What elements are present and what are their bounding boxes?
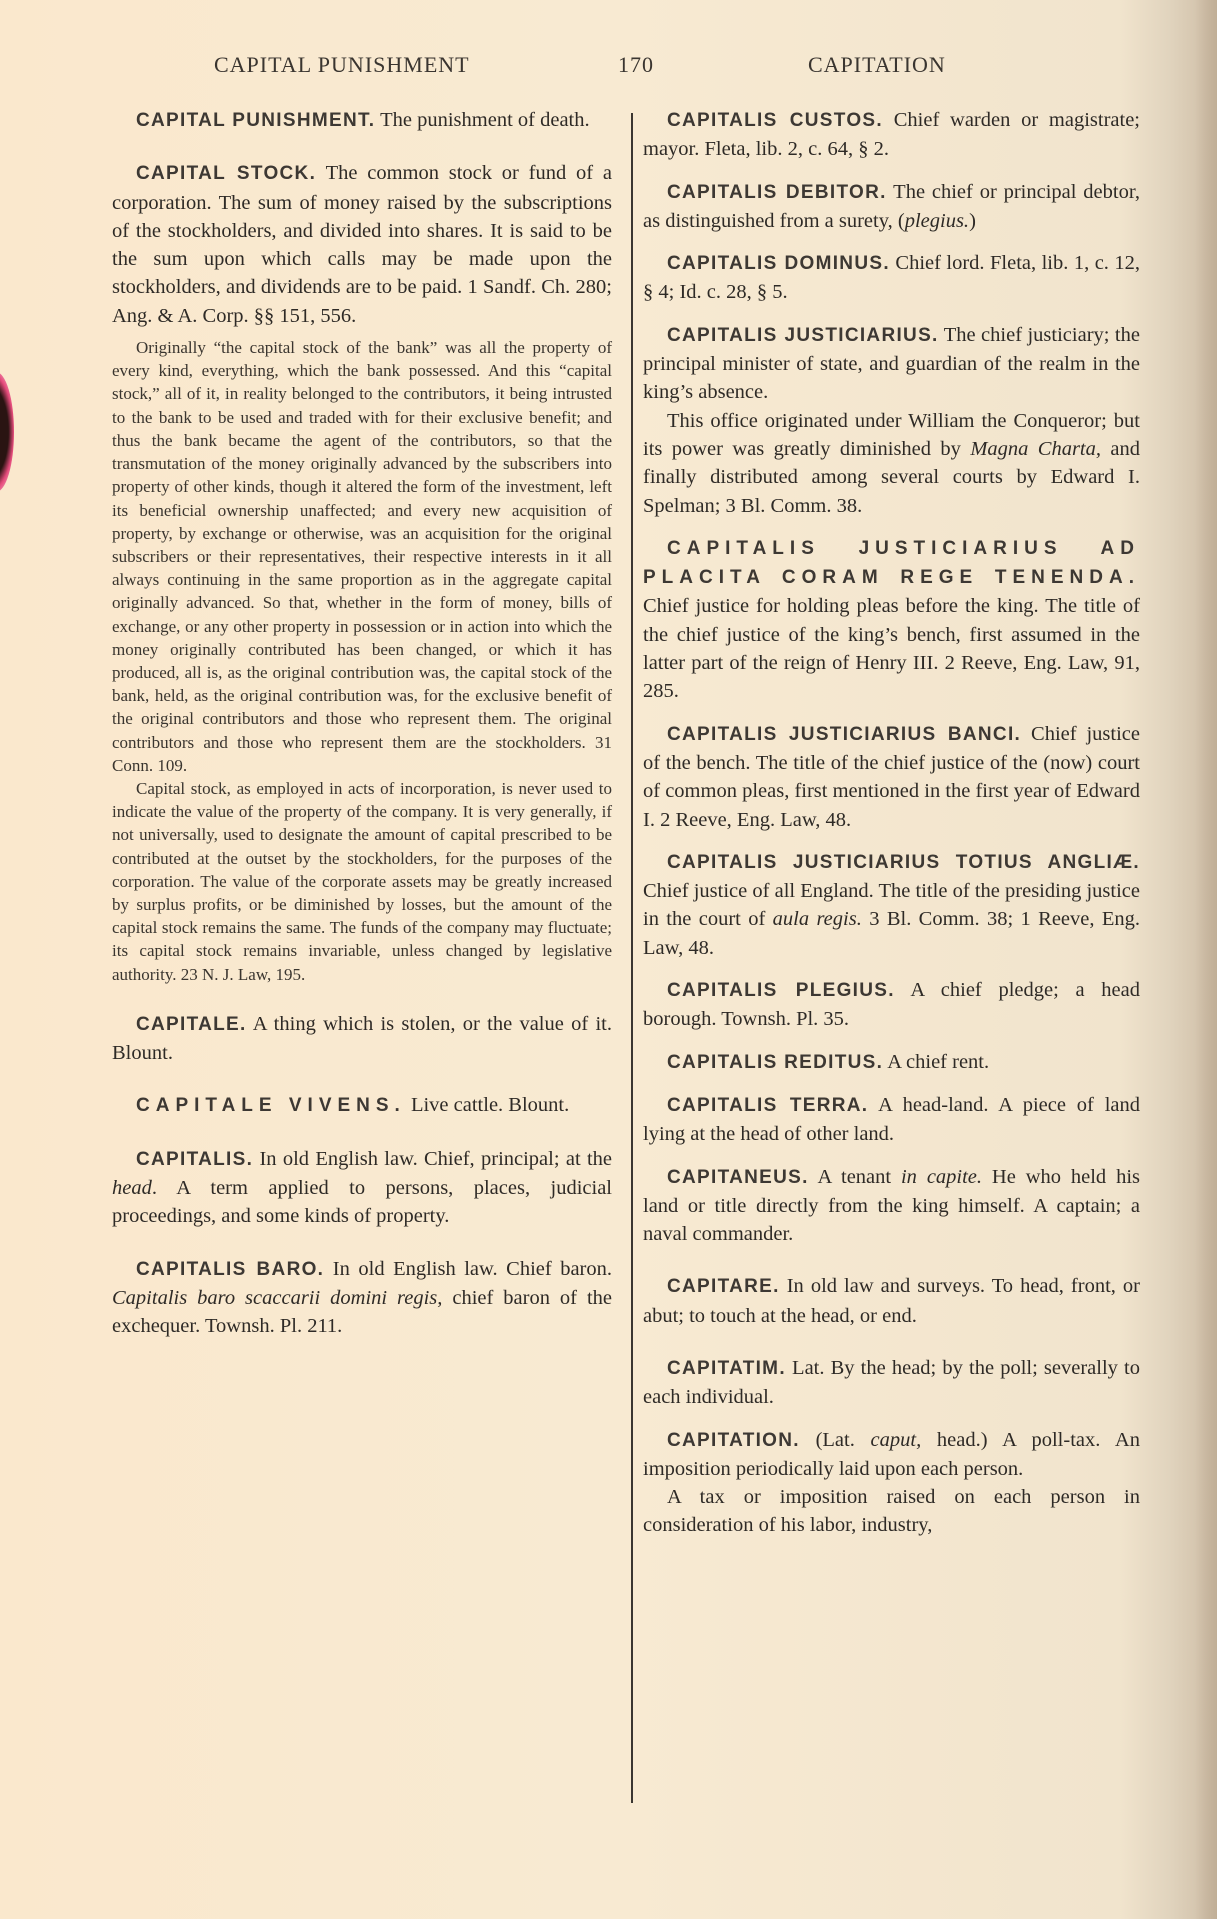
entry-capitare: CAPITARE. In old law and surveys. To hea… bbox=[643, 1272, 1140, 1330]
entry-capital-punishment: CAPITAL PUNISHMENT. The punishment of de… bbox=[112, 106, 612, 135]
running-head-right: CAPITATION bbox=[808, 52, 946, 78]
entry-note: Capital stock, as employed in acts of in… bbox=[112, 777, 612, 986]
page-gutter-shadow bbox=[1195, 0, 1217, 1919]
entry-term: CAPITATIM. bbox=[667, 1358, 786, 1379]
column-divider bbox=[631, 113, 633, 1803]
entry-italic: head bbox=[112, 1177, 152, 1199]
entry-note: A tax or imposition raised on each perso… bbox=[643, 1483, 1140, 1540]
entry-note: Originally “the capital stock of the ban… bbox=[112, 336, 612, 777]
entry-definition: A tenant bbox=[817, 1166, 901, 1188]
entry-term: CAPITALIS JUSTICIARIUS BANCI. bbox=[667, 724, 1021, 745]
entry-definition: In old English law. Chief baron. bbox=[333, 1258, 612, 1280]
right-column: CAPITALIS CUSTOS. Chief warden or magist… bbox=[643, 106, 1140, 1540]
entry-term: CAPITALIS JUSTICIARIUS. bbox=[667, 325, 939, 346]
entry-term: CAPITALIS DOMINUS. bbox=[667, 253, 890, 274]
entry-term: CAPITANEUS. bbox=[667, 1167, 809, 1188]
entry-term: CAPITALIS JUSTICIARIUS TOTIUS ANGLIÆ. bbox=[667, 852, 1140, 873]
entry-capitalis-debitor: CAPITALIS DEBITOR. The chief or principa… bbox=[643, 178, 1140, 236]
entry-capitalis-plegius: CAPITALIS PLEGIUS. A chief pledge; a hea… bbox=[643, 976, 1140, 1034]
entry-capitalis-custos: CAPITALIS CUSTOS. Chief warden or magist… bbox=[643, 106, 1140, 164]
entry-capitale-vivens: CAPITALE VIVENS. Live cattle. Blount. bbox=[112, 1091, 612, 1120]
entry-term: CAPITALIS DEBITOR. bbox=[667, 182, 887, 203]
entry-term: CAPITAL PUNISHMENT. bbox=[136, 110, 375, 131]
entry-capitaneus: CAPITANEUS. A tenant in capite. He who h… bbox=[643, 1163, 1140, 1249]
entry-capitale: CAPITALE. A thing which is stolen, or th… bbox=[112, 1010, 612, 1068]
page-number: 170 bbox=[618, 52, 654, 78]
entry-term: CAPITALIS BARO. bbox=[136, 1259, 324, 1280]
entry-capitatim: CAPITATIM. Lat. By the head; by the poll… bbox=[643, 1354, 1140, 1412]
entry-term: CAPITALIS REDITUS. bbox=[667, 1052, 883, 1073]
entry-italic: caput, bbox=[871, 1429, 922, 1451]
entry-capitalis-justiciarius-totius-angliae: CAPITALIS JUSTICIARIUS TOTIUS ANGLIÆ. Ch… bbox=[643, 848, 1140, 962]
entry-term: CAPITALIS CUSTOS. bbox=[667, 110, 883, 131]
entry-definition: The punishment of death. bbox=[380, 109, 590, 131]
entry-capitalis-justiciarius-banci: CAPITALIS JUSTICIARIUS BANCI. Chief just… bbox=[643, 720, 1140, 834]
entry-definition: The common stock or fund of a corporatio… bbox=[112, 162, 612, 326]
entry-capitalis-justiciarius-ad-placita: CAPITALIS JUSTICIARIUS AD PLACITA CORAM … bbox=[643, 534, 1140, 706]
running-head-left: CAPITAL PUNISHMENT bbox=[214, 52, 470, 78]
entry-definition: ) bbox=[969, 210, 976, 232]
entry-note: This office originated under William the… bbox=[643, 407, 1140, 520]
entry-italic: Magna Charta, bbox=[970, 438, 1101, 460]
entry-definition: Live cattle. Blount. bbox=[411, 1094, 569, 1116]
entry-capital-stock: CAPITAL STOCK. The common stock or fund … bbox=[112, 159, 612, 330]
entry-term: CAPITALE. bbox=[136, 1014, 247, 1035]
entry-term: CAPITAL STOCK. bbox=[136, 163, 316, 184]
entry-term: CAPITALE VIVENS. bbox=[136, 1095, 406, 1116]
entry-italic: plegius. bbox=[905, 210, 969, 232]
running-head: CAPITAL PUNISHMENT 170 CAPITATION bbox=[0, 52, 1217, 84]
entry-term: CAPITARE. bbox=[667, 1276, 780, 1297]
entry-capitation: CAPITATION. (Lat. caput, head.) A poll-t… bbox=[643, 1426, 1140, 1484]
entry-capitalis-justiciarius: CAPITALIS JUSTICIARIUS. The chief justic… bbox=[643, 321, 1140, 407]
entry-definition: (Lat. bbox=[816, 1429, 871, 1451]
left-column: CAPITAL PUNISHMENT. The punishment of de… bbox=[112, 106, 612, 1340]
entry-italic: in capite. bbox=[901, 1166, 982, 1188]
entry-term: CAPITALIS. bbox=[136, 1149, 253, 1170]
entry-term: CAPITALIS TERRA. bbox=[667, 1095, 868, 1116]
entry-capitalis: CAPITALIS. In old English law. Chief, pr… bbox=[112, 1145, 612, 1231]
entry-term: CAPITATION. bbox=[667, 1430, 800, 1451]
entry-term: CAPITALIS JUSTICIARIUS AD PLACITA CORAM … bbox=[643, 538, 1140, 588]
entry-term: CAPITALIS PLEGIUS. bbox=[667, 980, 895, 1001]
entry-definition: . A term applied to persons, places, jud… bbox=[112, 1177, 612, 1227]
entry-italic: aula regis. bbox=[773, 908, 862, 930]
entry-definition: In old English law. Chief, principal; at… bbox=[259, 1148, 612, 1170]
binding-mark bbox=[0, 372, 14, 492]
entry-capitalis-terra: CAPITALIS TERRA. A head-land. A piece of… bbox=[643, 1091, 1140, 1149]
entry-capitalis-reditus: CAPITALIS REDITUS. A chief rent. bbox=[643, 1048, 1140, 1077]
entry-italic: Capitalis baro scaccarii domini regis, bbox=[112, 1287, 442, 1309]
entry-definition: A chief rent. bbox=[887, 1051, 989, 1073]
entry-capitalis-dominus: CAPITALIS DOMINUS. Chief lord. Fleta, li… bbox=[643, 249, 1140, 307]
entry-definition: Chief justice for holding pleas before t… bbox=[643, 595, 1140, 702]
entry-capitalis-baro: CAPITALIS BARO. In old English law. Chie… bbox=[112, 1255, 612, 1341]
